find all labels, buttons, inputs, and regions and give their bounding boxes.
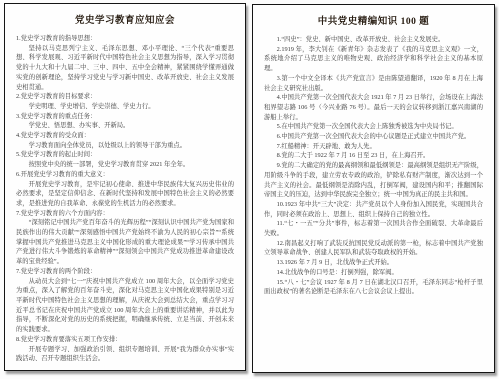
numbered-item: 2.1919 年，李大钊在《新青年》杂志发表了《我的马克思主义观》一文，系统地介… (264, 45, 483, 74)
numbered-item: 11.“七・一五”“分共”事件，标志着第一次国共合作全面破裂、大革命最后失败。 (264, 219, 483, 238)
paragraph: 开展专题学习、加强政治引领、组织专题培训、开展“我为群众办实事”实践活动、召开专… (16, 345, 234, 364)
paragraph: 坚持以马克思列宁主义、毛泽东思想、邓小平理论、“三个代表”重要思想、科学发展观、… (16, 44, 234, 93)
section-heading: 7.党史学习教育的六个方面内容： (16, 209, 234, 219)
numbered-item: 1.“四史”：党史、新中国史、改革开放史、社会主义发展史。 (264, 35, 483, 45)
paragraph: 学史明理、学史增信、学史崇德、学史力行。 (16, 102, 234, 112)
paragraph: 开展党史学习教育，是牢记初心使命、推进中华民族伟大复兴历史伟业的必然要求，是坚定… (16, 180, 234, 209)
left-document-title: 党史学习教育应知应会 (16, 15, 234, 28)
numbered-item: 15.“八・七”会议 1927 年 8 月 7 日在湖北汉口召开，毛泽东同志“枪… (264, 278, 483, 297)
section-heading: 6.开展党史学习教育的重大意义： (16, 170, 234, 180)
paragraph: “深刻铭记中国共产党百年奋斗的光辉历程”“深刻认识中国共产党为国家和民族作出的伟… (16, 218, 234, 267)
right-document-title: 中共党史精编知识 100 题 (264, 16, 483, 29)
section-heading: 7.党史学习教育的两个阶段： (16, 267, 234, 277)
section-heading: 3.党史学习教育的重点任务： (16, 112, 234, 122)
numbered-item: 3.第一个中文全译本《共产党宣言》是由陈望道翻译，1920 年 8 月在上海社会… (264, 74, 483, 93)
numbered-item: 12.南昌起义打响了武装反抗国民党反动派的第一枪，标志着中国共产党独立领导革命战… (264, 239, 483, 258)
section-heading: 5.党史学习教育的起止时间： (16, 150, 234, 160)
numbered-item: 6.中国共产党第一次全国代表大会的中心议题是正式建立中国共产党。 (264, 132, 483, 142)
section-heading: 8.党史学习教育要落实五项工作安排： (16, 335, 234, 345)
paragraph: 学党史、悟思想、办实事、开新局。 (16, 121, 234, 131)
section-heading: 4.党史学习教育的受众面： (16, 131, 234, 141)
numbered-item: 13.1926 年 7 月 9 日，北伐战争正式开始。 (264, 258, 483, 268)
numbered-item: 8.党的二大于 1922 年 7 月 16 日至 23 日，在上海召开。 (264, 151, 483, 161)
section-heading: 2.党史学习教育的目标要求： (16, 92, 234, 102)
numbered-item: 4.中国共产党第一次全国代表大会 1921 年 7 月 23 日举行，会场设在上… (264, 93, 483, 122)
numbered-item: 9.党的二大确定的党的最高纲领和最低纲领是：最高纲领是组织无产阶级，用阶级斗争的… (264, 161, 483, 200)
numbered-item: 10.1923 年中共“三大”决定：共产党员以个人身份加入国民党，实现国共合作，… (264, 200, 483, 219)
paragraph: 从动员大会到“七一”庆祝中国共产党成立 100 周年大会，以全面学习党史为重点，… (16, 277, 234, 335)
section-heading: 1.党史学习教育的指导思想： (16, 34, 234, 44)
numbered-item: 7.红船精神：开天辟地、敢为人先。 (264, 142, 483, 152)
paragraph: 按照党中央的统一部署，党史学习教育贯穿 2021 年全年。 (16, 160, 234, 170)
left-document-page: 党史学习教育应知应会 1.党史学习教育的指导思想： 坚持以马克思列宁主义、毛泽东… (4, 3, 246, 371)
right-document-page: 中共党史精编知识 100 题 1.“四史”：党史、新中国史、改革开放史、社会主义… (252, 4, 495, 373)
paragraph: 学习教育面向全体党员，以处级以上的领导干部为重点。 (16, 141, 234, 151)
numbered-item: 14.北伐战争的口号是：打倒列强，除军阀。 (264, 268, 483, 278)
numbered-item: 5.在中国共产党第一次全国代表大会上陈独秀被选为中央局书记。 (264, 122, 483, 132)
